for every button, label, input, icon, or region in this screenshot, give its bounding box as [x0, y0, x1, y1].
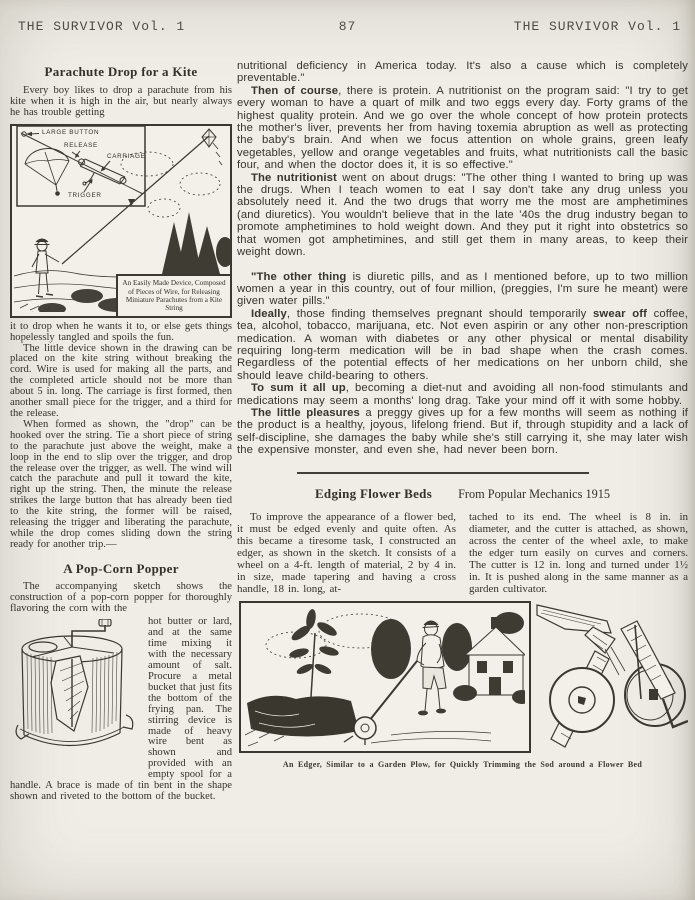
parachute-paragraph: When formed as shown, the "drop" can be … — [10, 420, 232, 551]
page-number: 87 — [339, 19, 357, 34]
right-column: nutritional deficiency in America today.… — [237, 60, 688, 769]
section-divider — [297, 472, 589, 474]
edging-column-2: tached to its end. The wheel is 8 in. in… — [469, 511, 688, 595]
running-head-left: THE SURVIVOR Vol. 1 — [18, 19, 185, 34]
popper-figure — [10, 619, 142, 771]
nutrition-article: nutritional deficiency in America today.… — [237, 60, 688, 457]
popper-illustration — [10, 619, 142, 771]
label-release: RELEASE — [64, 142, 98, 149]
nutrition-paragraph: The little pleasures a preggy gives up f… — [237, 407, 688, 457]
label-large-button: LARGE BUTTON — [42, 129, 99, 136]
edging-heading: Edging Flower Beds From Popular Mechanic… — [237, 486, 688, 502]
nutrition-paragraph: To sum it all up, becoming a diet-nut an… — [237, 382, 688, 407]
kite-figure-caption: An Easily Made Device, Composed of Piece… — [116, 274, 232, 318]
kite-figure: LARGE BUTTON RELEASE CARRIAGE TRIGGER An… — [10, 124, 232, 318]
article-title-parachute: Parachute Drop for a Kite — [10, 64, 232, 79]
edging-columns: To improve the appearance of a flower be… — [237, 511, 688, 595]
edger-figure-caption: An Edger, Similar to a Garden Plow, for … — [237, 760, 688, 769]
label-carriage: CARRIAGE — [107, 153, 146, 160]
edger-scene-illustration — [241, 603, 525, 747]
parachute-intro: Every boy likes to drop a parachute from… — [10, 86, 232, 119]
nutrition-paragraph: The nutritionist went on about drugs: "T… — [237, 172, 688, 259]
left-column: Parachute Drop for a Kite Every boy like… — [10, 60, 232, 803]
running-head-right: THE SURVIVOR Vol. 1 — [514, 19, 681, 34]
article-title-popper: A Pop-Corn Popper — [10, 561, 232, 576]
edger-scene — [239, 601, 531, 753]
nutrition-paragraph: "The other thing is diuretic pills, and … — [237, 271, 688, 308]
nutrition-paragraph: Ideally, those finding themselves pregna… — [237, 308, 688, 382]
edging-column-1: To improve the appearance of a flower be… — [237, 511, 456, 595]
nutrition-paragraph: nutritional deficiency in America today.… — [237, 60, 688, 85]
popper-intro: The accompanying sketch shows the constr… — [10, 582, 232, 615]
nutrition-paragraph: Then of course, there is protein. A nutr… — [237, 85, 688, 172]
edger-figure — [237, 601, 688, 751]
label-trigger: TRIGGER — [68, 192, 102, 199]
popper-section: hot butter or lard, and at the same time… — [10, 617, 232, 802]
parachute-paragraph: it to drop when he wants it to, or else … — [10, 322, 232, 344]
article-title-edging: Edging Flower Beds — [315, 486, 432, 501]
edger-wheel-details — [535, 601, 688, 751]
scanned-book-page: THE SURVIVOR Vol. 1 87 THE SURVIVOR Vol.… — [0, 0, 695, 900]
parachute-paragraph: The little device shown in the drawing c… — [10, 344, 232, 420]
edging-source: From Popular Mechanics 1915 — [458, 487, 610, 502]
popper-wrap-text: hot butter or lard, and at the same time… — [148, 616, 232, 736]
edger-wheels-illustration — [535, 601, 688, 751]
